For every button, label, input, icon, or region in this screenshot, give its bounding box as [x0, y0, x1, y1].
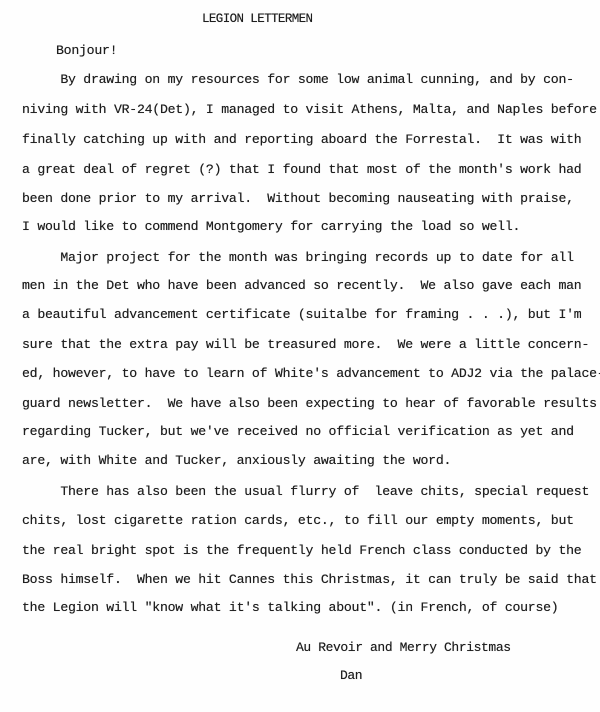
- signature: Dan: [340, 668, 362, 683]
- text-line: regarding Tucker, but we've received no …: [22, 424, 574, 440]
- text-line: niving with VR-24(Det), I managed to vis…: [22, 102, 597, 118]
- text-line: Major project for the month was bringing…: [22, 250, 574, 266]
- text-line: finally catching up with and reporting a…: [22, 132, 581, 148]
- text-line: sure that the extra pay will be treasure…: [22, 337, 589, 353]
- document-title: LEGION LETTERMEN: [202, 12, 312, 26]
- text-line: a beautiful advancement certificate (sui…: [22, 307, 581, 323]
- letter-page: LEGION LETTERMEN Bonjour! By drawing on …: [0, 0, 600, 712]
- text-line: ed, however, to have to learn of White's…: [22, 366, 600, 382]
- text-line: By drawing on my resources for some low …: [22, 72, 574, 88]
- greeting: Bonjour!: [56, 43, 117, 59]
- text-line: guard newsletter. We have also been expe…: [22, 396, 597, 412]
- closing: Au Revoir and Merry Christmas: [296, 640, 511, 655]
- text-line: men in the Det who have been advanced so…: [22, 278, 581, 294]
- text-line: There has also been the usual flurry of …: [22, 484, 589, 500]
- text-line: are, with White and Tucker, anxiously aw…: [22, 453, 451, 469]
- text-line: a great deal of regret (?) that I found …: [22, 162, 581, 178]
- text-line: the real bright spot is the frequently h…: [22, 543, 581, 559]
- text-line: been done prior to my arrival. Without b…: [22, 191, 574, 207]
- text-line: I would like to commend Montgomery for c…: [22, 219, 520, 235]
- text-line: the Legion will "know what it's talking …: [22, 600, 558, 616]
- text-line: Boss himself. When we hit Cannes this Ch…: [22, 572, 597, 588]
- text-line: chits, lost cigarette ration cards, etc.…: [22, 513, 574, 529]
